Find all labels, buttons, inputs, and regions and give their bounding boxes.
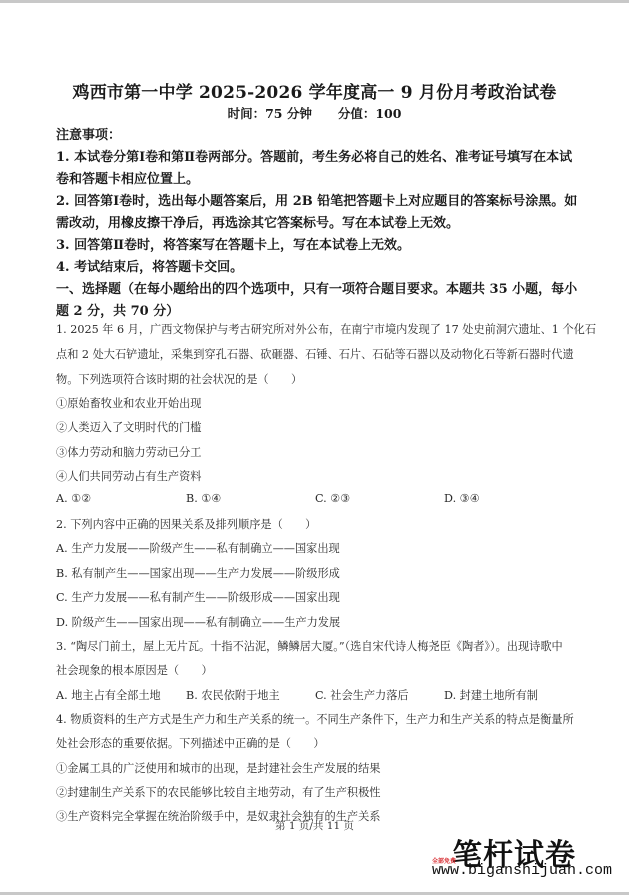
notes-heading: 注意事项： — [56, 124, 121, 143]
time-label: 时间：75 分钟 — [228, 106, 312, 121]
question-stem: 4. 物质资料的生产方式是生产力和生产关系的统一。不同生产条件下，生产力和生产关… — [56, 711, 574, 727]
question-stem: 物。下列选项符合该时期的社会状况的是（ ） — [56, 371, 302, 387]
note-line: 2. 回答第Ⅰ卷时，选出每小题答案后，用 2B 铅笔把答题卡上对应题目的答案标号… — [56, 190, 577, 209]
score-label: 分值：100 — [338, 106, 402, 121]
option-b: B. ①④ — [186, 492, 221, 505]
option-b: B. 私有制产生——国家出现——生产力发展——阶级形成 — [56, 565, 340, 581]
note-line: 3. 回答第Ⅱ卷时，将答案写在答题卡上，写在本试卷上无效。 — [56, 234, 410, 253]
statement: ①金属工具的广泛使用和城市的出现，是封建社会生产发展的结果 — [56, 760, 380, 776]
question-stem: 社会现象的根本原因是（ ） — [56, 662, 213, 678]
option-d: D. 阶级产生——国家出现——私有制确立——生产力发展 — [56, 614, 340, 630]
option-c: C. ②③ — [315, 492, 350, 505]
option-a: A. ①② — [56, 492, 91, 505]
question-stem: 3. “陶尽门前土，屋上无片瓦。十指不沾泥，鳞鳞居大厦。”（选自宋代诗人梅尧臣《… — [56, 638, 563, 654]
option-b: B. 农民依附于地主 — [186, 687, 280, 703]
option-a: A. 生产力发展——阶级产生——私有制确立——国家出现 — [56, 540, 340, 556]
note-line: 1. 本试卷分第Ⅰ卷和第Ⅱ卷两部分。答题前，考生务必将自己的姓名、准考证号填写在… — [56, 146, 572, 165]
exam-meta: 时间：75 分钟分值：100 — [0, 104, 629, 122]
question-stem: 处社会形态的重要依据。下列描述中正确的是（ ） — [56, 735, 325, 751]
section-heading: 题 2 分，共 70 分） — [56, 300, 179, 319]
option-a: A. 地主占有全部土地 — [56, 687, 161, 703]
option-c: C. 社会生产力落后 — [315, 687, 409, 703]
watermark-url: www.biganshijuan.com — [432, 862, 612, 879]
option-c: C. 生产力发展——私有制产生——阶级形成——国家出现 — [56, 589, 340, 605]
note-line: 需改动，用橡皮擦干净后，再选涂其它答案标号。写在本试卷上无效。 — [56, 212, 459, 231]
question-stem: 点和 2 处大石铲遗址，采集到穿孔石器、砍砸器、石锤、石片、石砧等石器以及动物化… — [56, 346, 574, 362]
statement: ④人们共同劳动占有生产资料 — [56, 468, 201, 484]
note-line: 卷和答题卡相应位置上。 — [56, 168, 199, 187]
statement: ③体力劳动和脑力劳动已分工 — [56, 444, 201, 460]
page-title: 鸡西市第一中学 2025-2026 学年度高一 9 月份月考政治试卷 — [0, 78, 629, 103]
exam-page: 鸡西市第一中学 2025-2026 学年度高一 9 月份月考政治试卷 时间：75… — [0, 3, 629, 892]
question-stem: 2. 下列内容中正确的因果关系及排列顺序是（ ） — [56, 516, 316, 532]
option-d: D. ③④ — [444, 492, 480, 505]
statement: ②封建制生产关系下的农民能够比较自主地劳动，有了生产积极性 — [56, 784, 380, 800]
statement: ②人类迈入了文明时代的门槛 — [56, 419, 201, 435]
note-line: 4. 考试结束后，将答题卡交回。 — [56, 256, 243, 275]
statement: ①原始畜牧业和农业开始出现 — [56, 395, 201, 411]
option-d: D. 封建土地所有制 — [444, 687, 538, 703]
section-heading: 一、选择题（在每小题给出的四个选项中，只有一项符合题目要求。本题共 35 小题，… — [56, 278, 577, 297]
question-stem: 1. 2025 年 6 月，广西文物保护与考古研究所对外公布，在南宁市境内发现了… — [56, 321, 596, 337]
